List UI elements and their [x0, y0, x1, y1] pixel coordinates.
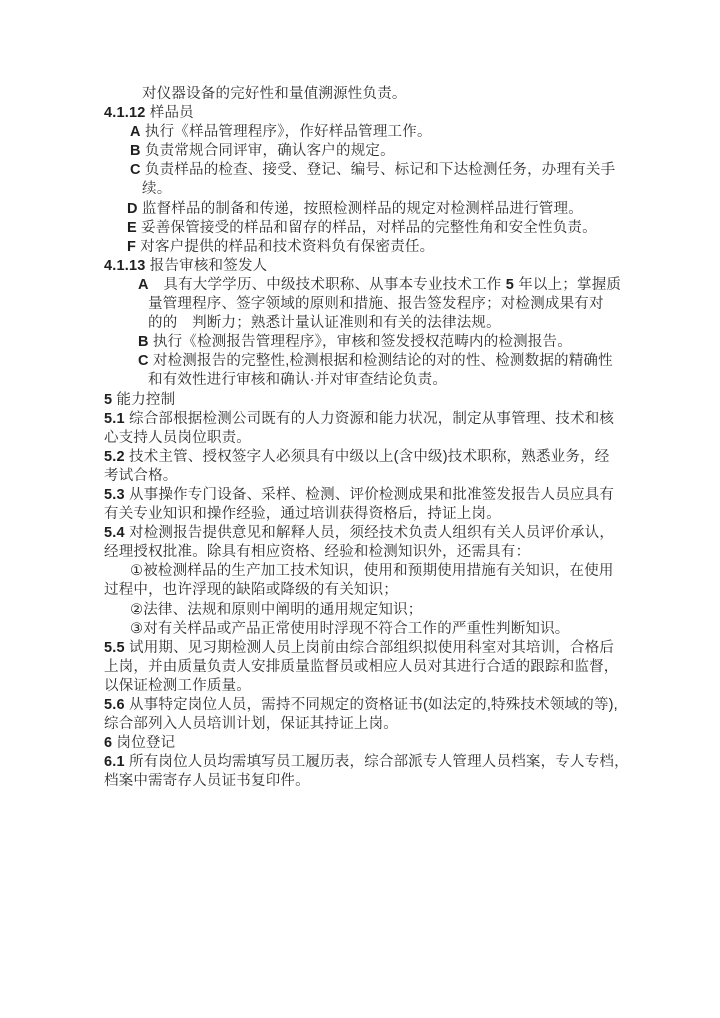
doc-line: 续。: [104, 180, 694, 199]
doc-line: 心支持人员岗位职责。: [104, 429, 694, 448]
list-item-circled-3: ③对有关样品或产品正常使用时浮现不符合工作的严重性判断知识。: [104, 620, 694, 639]
section-heading-4-1-13: 4.1.13 报告审核和签发人: [104, 257, 694, 276]
paragraph-5-1: 5.1 综合部根据检测公司既有的人力资源和能力状况，制定从事管理、技术和核: [104, 410, 694, 429]
paragraph-5-6: 5.6 从事特定岗位人员，需持不同规定的资格证书(如法定的,特殊技术领域的等),: [104, 696, 694, 715]
doc-line: 以保证检测工作质量。: [104, 677, 694, 696]
list-item-c: C 对检测报告的完整性,检测根据和检测结论的对的性、检测数据的精确性: [104, 352, 694, 371]
doc-line: 的的 判断力；熟悉计量认证准则和有关的法律法规。: [104, 314, 694, 333]
list-item-a: A 具有大学学历、中级技术职称、从事本专业技术工作 5 年以上；掌握质: [104, 276, 694, 295]
doc-line: 档案中需寄存人员证书复印件。: [104, 772, 694, 791]
list-item-b: B 负责常规合同评审，确认客户的规定。: [104, 142, 694, 161]
doc-line: 有关专业知识和操作经验，通过培训获得资格后，持证上岗。: [104, 505, 694, 524]
paragraph-5-5: 5.5 试用期、见习期检测人员上岗前由综合部组织拟使用科室对其培训，合格后: [104, 639, 694, 658]
doc-line: 综合部列入人员培训计划，保证其持证上岗。: [104, 715, 694, 734]
section-heading-5: 5 能力控制: [104, 391, 694, 410]
list-item-circled-1: ①被检测样品的生产加工技术知识，使用和预期使用措施有关知识，在使用: [104, 562, 694, 581]
list-item-d: D 监督样品的制备和传递，按照检测样品的规定对检测样品进行管理。: [104, 200, 694, 219]
list-item-circled-2: ②法律、法规和原则中阐明的通用规定知识；: [104, 601, 694, 620]
paragraph-6-1: 6.1 所有岗位人员均需填写员工履历表，综合部派专人管理人员档案，专人专档，: [104, 753, 694, 772]
paragraph-5-4: 5.4 对检测报告提供意见和解释人员，须经技术负责人组织有关人员评价承认，: [104, 524, 694, 543]
doc-line: 和有效性进行审核和确认·并对审查结论负责。: [104, 371, 694, 390]
doc-line: 经理授权批准。除具有相应资格、经验和检测知识外，还需具有：: [104, 543, 694, 562]
paragraph-5-2: 5.2 技术主管、授权签字人必须具有中级以上(含中级)技术职称，熟悉业务，经: [104, 448, 694, 467]
doc-line: 考试合格。: [104, 467, 694, 486]
document-page: 对仪器设备的完好性和量值溯源性负责。 4.1.12 样品员 A 执行《样品管理程…: [0, 0, 720, 1018]
section-heading-6: 6 岗位登记: [104, 734, 694, 753]
list-item-c: C 负责样品的检查、接受、登记、编号、标记和下达检测任务，办理有关手: [104, 161, 694, 180]
doc-line: 对仪器设备的完好性和量值溯源性负责。: [104, 85, 694, 104]
document-body: 对仪器设备的完好性和量值溯源性负责。 4.1.12 样品员 A 执行《样品管理程…: [104, 85, 694, 791]
doc-line: 量管理程序、签字领域的原则和措施、报告签发程序；对检测成果有对: [104, 295, 694, 314]
list-item-a: A 执行《样品管理程序》，作好样品管理工作。: [104, 123, 694, 142]
section-heading-4-1-12: 4.1.12 样品员: [104, 104, 694, 123]
paragraph-5-3: 5.3 从事操作专门设备、采样、检测、评价检测成果和批准签发报告人员应具有: [104, 486, 694, 505]
doc-line: 上岗，并由质量负责人安排质量监督员或相应人员对其进行合适的跟踪和监督，: [104, 658, 694, 677]
list-item-f: F 对客户提供的样品和技术资料负有保密责任。: [104, 238, 694, 257]
doc-line: 过程中，也许浮现的缺陷或降级的有关知识；: [104, 581, 694, 600]
list-item-b: B 执行《检测报告管理程序》，审核和签发授权范畴内的检测报告。: [104, 333, 694, 352]
list-item-e: E 妥善保管接受的样品和留存的样品，对样品的完整性角和安全性负责。: [104, 219, 694, 238]
